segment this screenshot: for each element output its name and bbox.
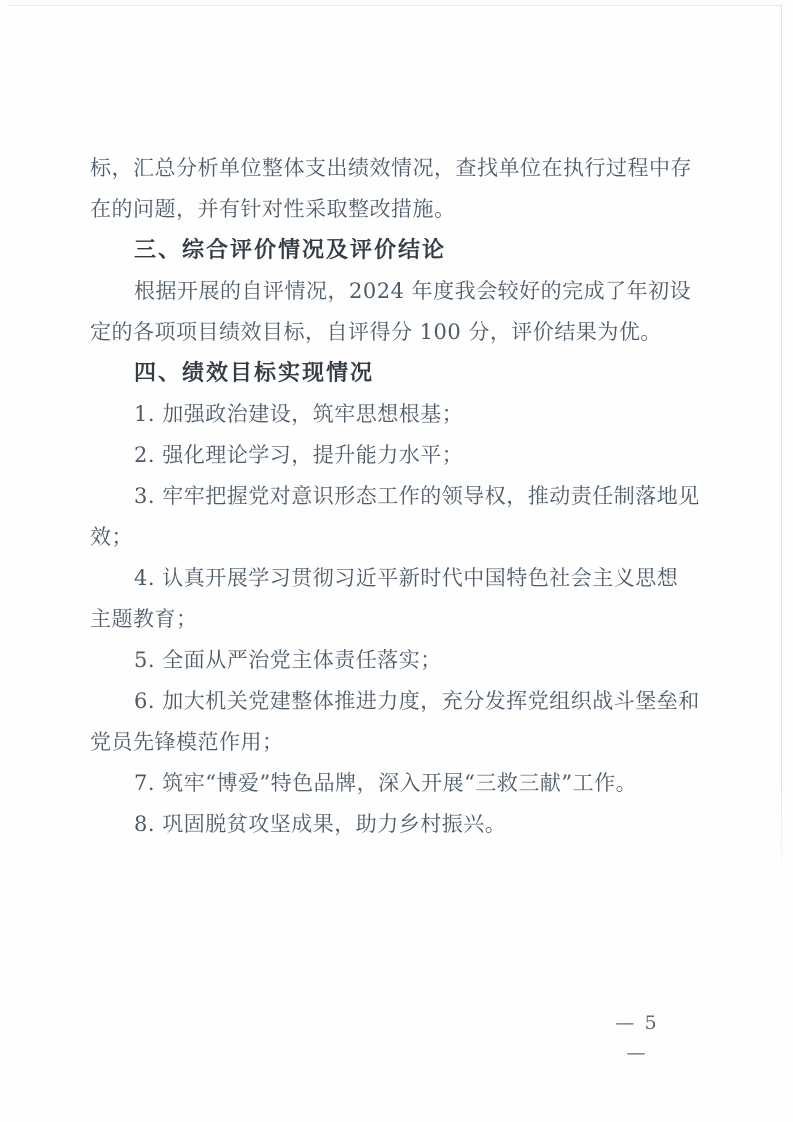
list-item-1: 1. 加强政治建设，筑牢思想根基； bbox=[90, 394, 706, 435]
scan-edge-line-right bbox=[781, 4, 782, 884]
document-body: 标，汇总分析单位整体支出绩效情况，查找单位在执行过程中存 在的问题，并有针对性采… bbox=[90, 148, 706, 845]
list-item-2: 2. 强化理论学习，提升能力水平； bbox=[90, 435, 706, 476]
section-heading-3: 三、综合评价情况及评价结论 bbox=[90, 230, 706, 271]
scan-edge-line-top bbox=[8, 5, 782, 6]
list-item-4-continuation: 主题教育； bbox=[90, 599, 706, 640]
paragraph-line: 定的各项项目绩效目标，自评得分 100 分，评价结果为优。 bbox=[90, 312, 706, 353]
list-item-3-continuation: 效； bbox=[90, 517, 706, 558]
paragraph-line: 根据开展的自评情况，2024 年度我会较好的完成了年初设 bbox=[90, 271, 706, 312]
list-item-8: 8. 巩固脱贫攻坚成果，助力乡村振兴。 bbox=[90, 804, 706, 845]
page-number: — 5 — bbox=[601, 1008, 673, 1068]
list-item-7: 7. 筑牢“博爱”特色品牌，深入开展“三救三献”工作。 bbox=[90, 763, 706, 804]
list-item-5: 5. 全面从严治党主体责任落实； bbox=[90, 640, 706, 681]
paragraph-line: 在的问题，并有针对性采取整改措施。 bbox=[90, 189, 706, 230]
list-item-3: 3. 牢牢把握党对意识形态工作的领导权，推动责任制落地见 bbox=[90, 476, 706, 517]
list-item-4: 4. 认真开展学习贯彻习近平新时代中国特色社会主义思想 bbox=[90, 558, 706, 599]
paragraph-line: 标，汇总分析单位整体支出绩效情况，查找单位在执行过程中存 bbox=[90, 148, 706, 189]
list-item-6: 6. 加大机关党建整体推进力度，充分发挥党组织战斗堡垒和 bbox=[90, 681, 706, 722]
document-page: 标，汇总分析单位整体支出绩效情况，查找单位在执行过程中存 在的问题，并有针对性采… bbox=[0, 0, 793, 1122]
list-item-6-continuation: 党员先锋模范作用； bbox=[90, 722, 706, 763]
section-heading-4: 四、绩效目标实现情况 bbox=[90, 353, 706, 394]
